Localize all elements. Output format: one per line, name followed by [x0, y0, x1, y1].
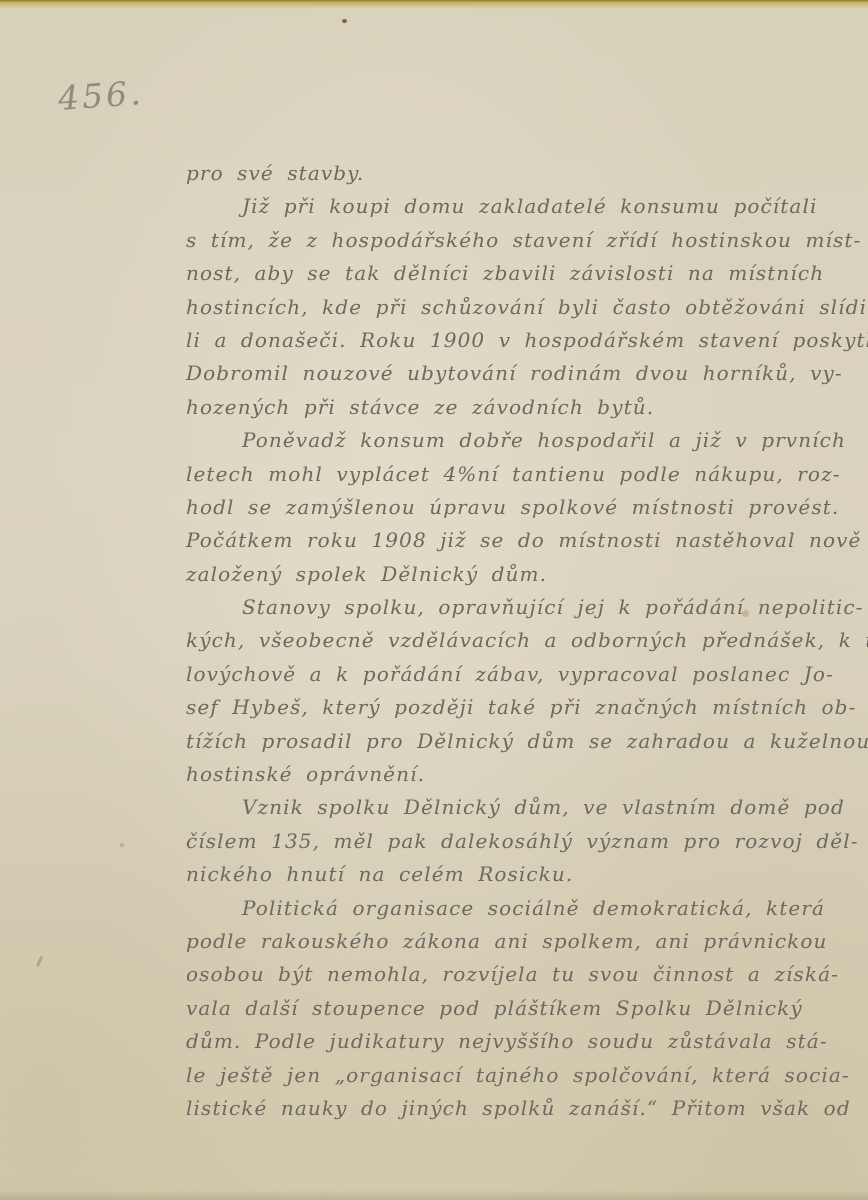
- text-line: Poněvadž konsum dobře hospodařil a již v…: [186, 424, 841, 457]
- text-line: sef Hybeš, který později také při značný…: [186, 691, 841, 724]
- text-line: letech mohl vyplácet 4%ní tantienu podle…: [186, 458, 841, 491]
- text-line: nického hnutí na celém Rosicku.: [186, 858, 841, 891]
- text-line: li a donašeči. Roku 1900 v hospodářském …: [186, 324, 841, 357]
- text-line: podle rakouského zákona ani spolkem, ani…: [186, 925, 841, 958]
- text-line: Již při koupi domu zakladatelé konsumu p…: [186, 190, 841, 223]
- text-line: osobou být nemohla, rozvíjela tu svou či…: [186, 958, 841, 991]
- text-line: vala další stoupence pod pláštíkem Spolk…: [186, 992, 841, 1025]
- text-line: listické nauky do jiných spolků zanáší.“…: [186, 1092, 841, 1125]
- text-line: tížích prosadil pro Dělnický dům se zahr…: [186, 725, 841, 758]
- text-line: hostinské oprávnění.: [186, 758, 841, 791]
- page-bottom-edge: [0, 1190, 868, 1200]
- text-line: Dobromil nouzové ubytování rodinám dvou …: [186, 357, 841, 390]
- text-line: lovýchově a k pořádání zábav, vypracoval…: [186, 658, 841, 691]
- text-line: s tím, že z hospodářského stavení zřídí …: [186, 224, 841, 257]
- text-line: Politická organisace sociálně demokratic…: [186, 892, 841, 925]
- text-line: Počátkem roku 1908 již se do místnosti n…: [186, 524, 841, 557]
- text-line: le ještě jen „organisací tajného spolčov…: [186, 1059, 841, 1092]
- text-line: kých, všeobecně vzdělávacích a odborných…: [186, 624, 841, 657]
- text-line: Stanovy spolku, opravňující jej k pořádá…: [186, 591, 841, 624]
- paper-speck: [120, 843, 124, 847]
- text-line: pro své stavby.: [186, 157, 841, 190]
- manuscript-page: 456. pro své stavby. Již při koupi domu …: [0, 0, 868, 1200]
- paper-speck: [36, 956, 43, 967]
- text-line: hostincích, kde při schůzování byli čast…: [186, 291, 841, 324]
- text-line: hozených při stávce ze závodních bytů.: [186, 391, 841, 424]
- page-top-edge: [0, 0, 868, 9]
- text-line: nost, aby se tak dělníci zbavili závislo…: [186, 257, 841, 290]
- text-line: založený spolek Dělnický dům.: [186, 558, 841, 591]
- page-number: 456.: [57, 73, 145, 118]
- text-line: Vznik spolku Dělnický dům, ve vlastním d…: [186, 791, 841, 824]
- handwritten-text-block: pro své stavby. Již při koupi domu zakla…: [186, 157, 841, 1125]
- text-line: číslem 135, měl pak dalekosáhlý význam p…: [186, 825, 841, 858]
- paper-speck: [342, 19, 347, 23]
- text-line: dům. Podle judikatury nejvyššího soudu z…: [186, 1025, 841, 1058]
- text-line: hodl se zamýšlenou úpravu spolkové místn…: [186, 491, 841, 524]
